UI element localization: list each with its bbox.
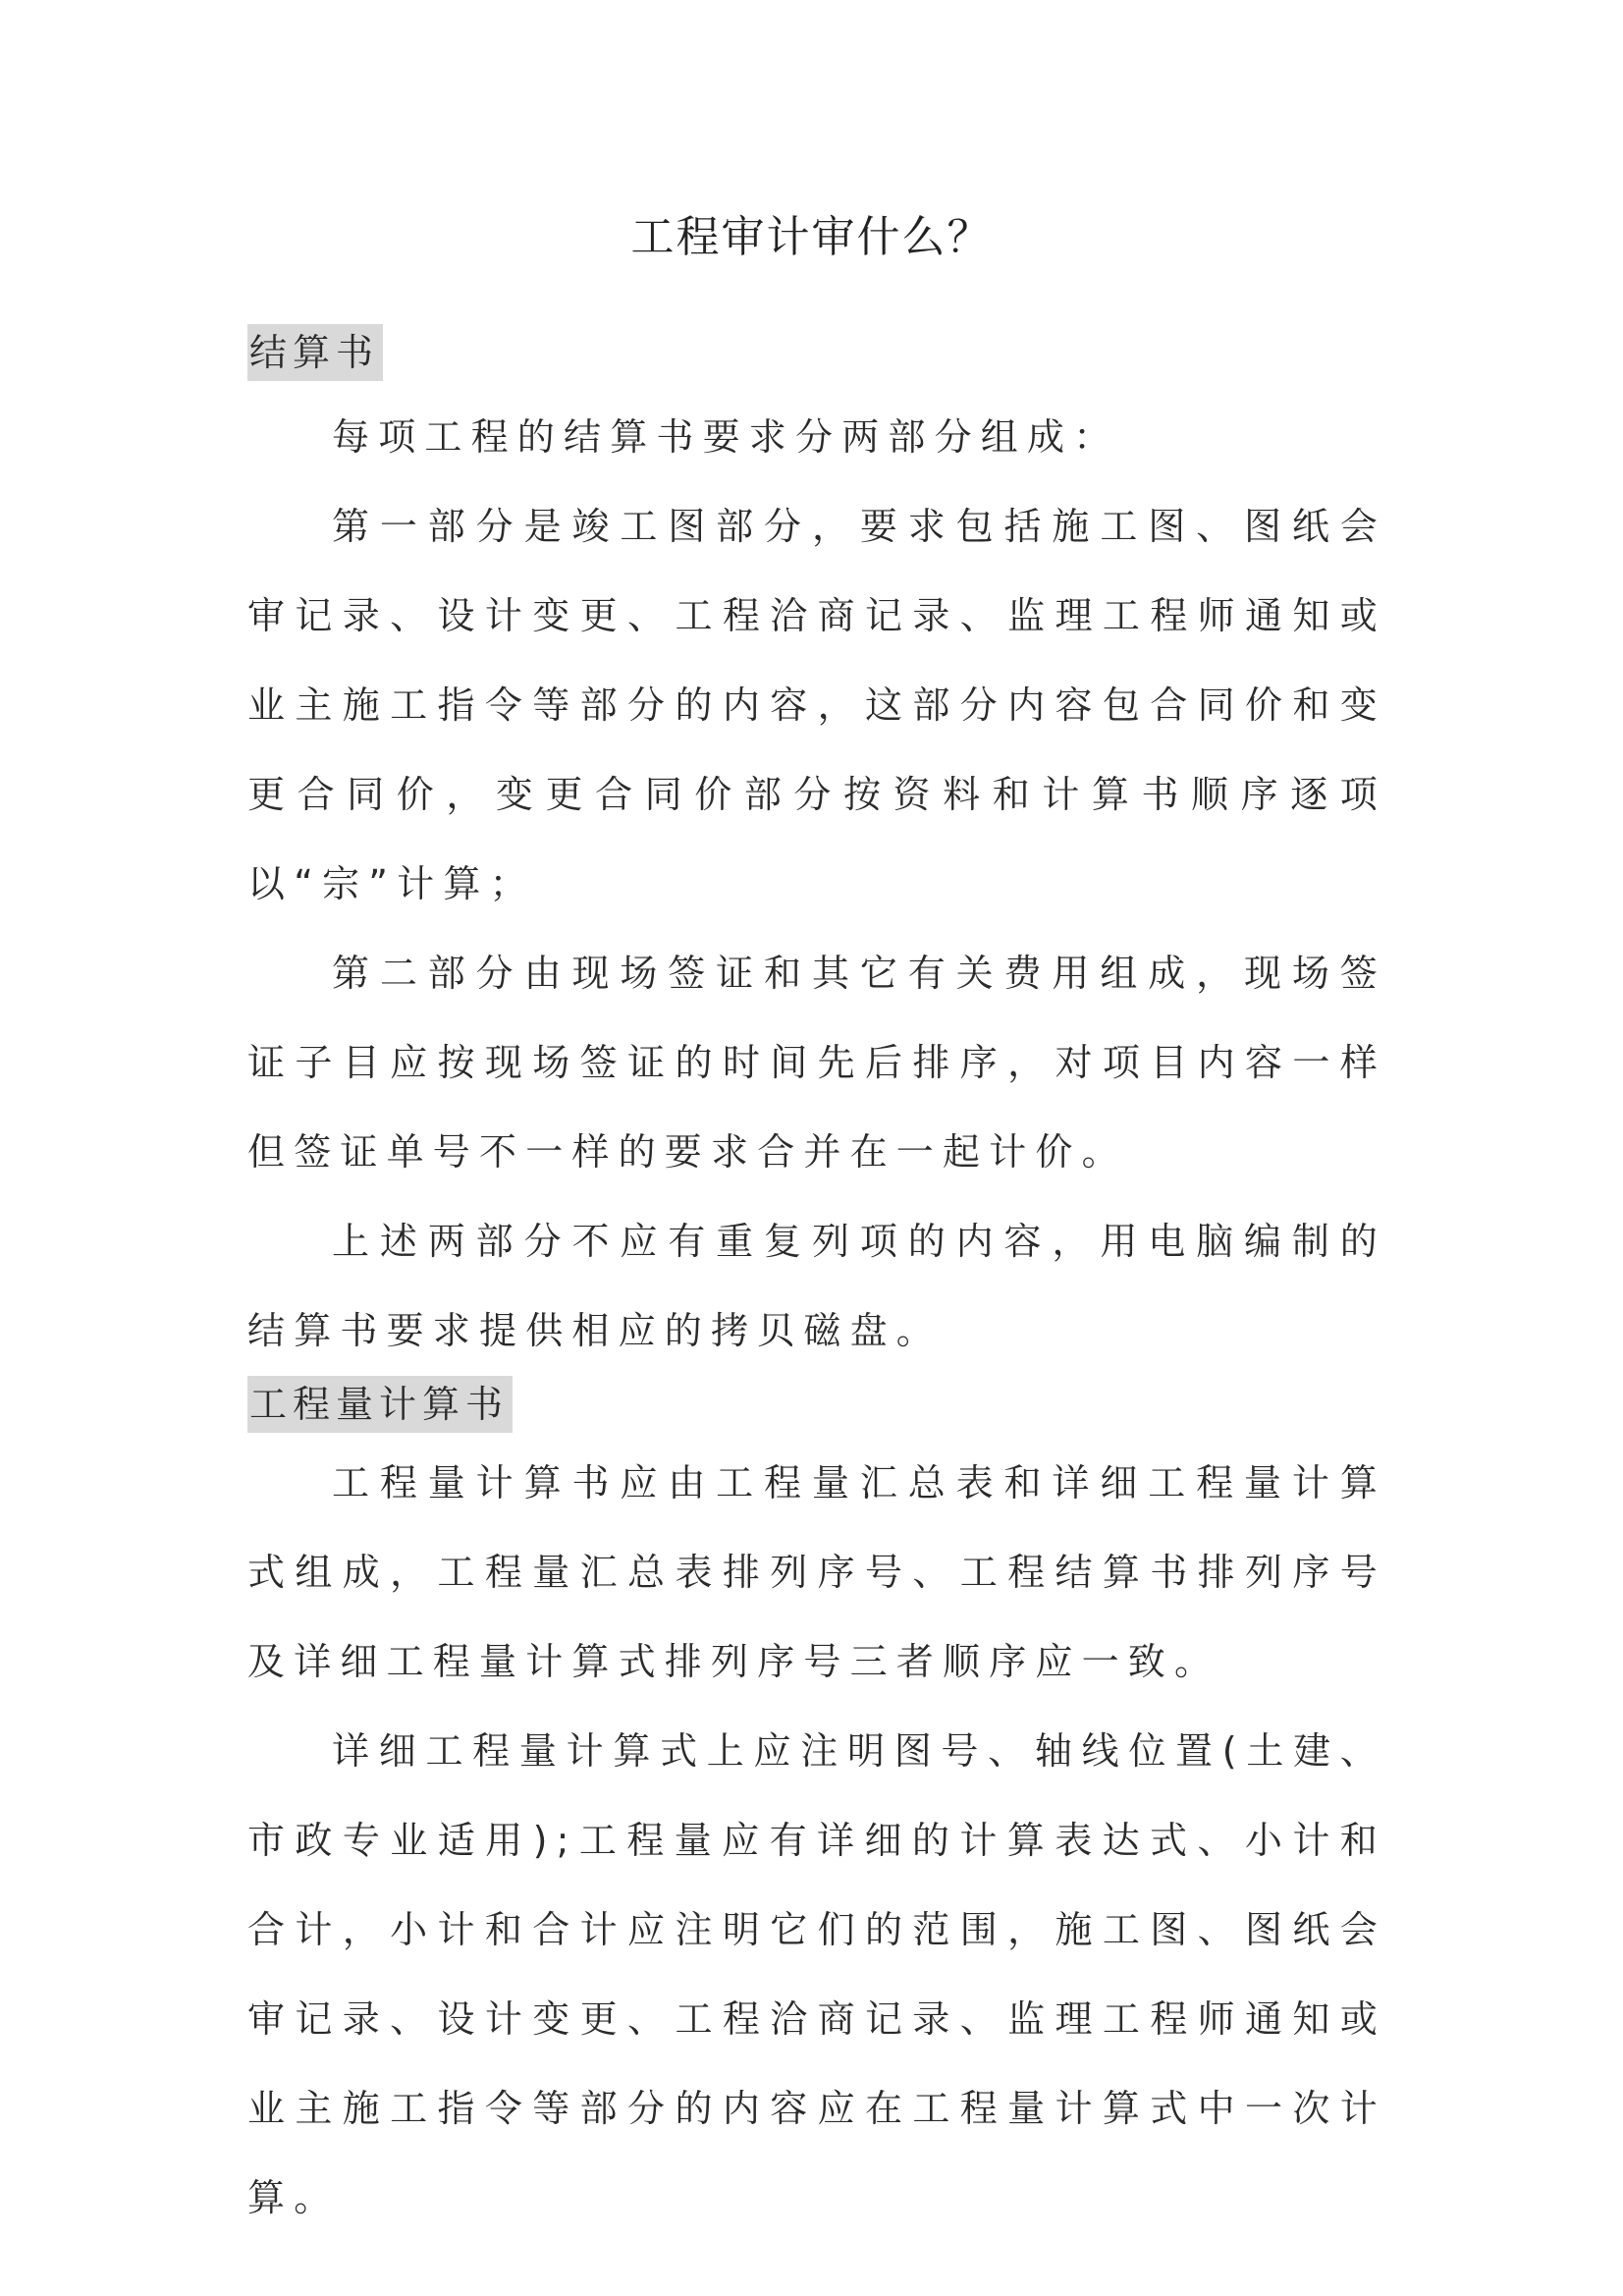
section-heading: 结算书 [247,324,383,381]
document-body: 结算书 每项工程的结算书要求分两部分组成： 第一部分是竣工图部分，要求包括施工图… [247,324,1386,2243]
section-settlement: 结算书 每项工程的结算书要求分两部分组成： 第一部分是竣工图部分，要求包括施工图… [247,324,1386,1376]
paragraph: 第二部分由现场签证和其它有关费用组成，现场签证子目应按现场签证的时间先后排序，对… [247,929,1386,1197]
section-body: 每项工程的结算书要求分两部分组成： 第一部分是竣工图部分，要求包括施工图、图纸会… [247,393,1386,1376]
paragraph: 上述两部分不应有重复列项的内容，用电脑编制的结算书要求提供相应的拷贝磁盘。 [247,1197,1386,1376]
section-body: 工程量计算书应由工程量汇总表和详细工程量计算式组成，工程量汇总表排列序号、工程结… [247,1439,1386,2243]
paragraph: 工程量计算书应由工程量汇总表和详细工程量计算式组成，工程量汇总表排列序号、工程结… [247,1439,1386,1707]
document-page: 工程审计审什么？ 结算书 每项工程的结算书要求分两部分组成： 第一部分是竣工图部… [0,0,1623,2296]
section-heading: 工程量计算书 [247,1376,513,1433]
paragraph: 第一部分是竣工图部分，要求包括施工图、图纸会审记录、设计变更、工程洽商记录、监理… [247,482,1386,929]
section-quantity-calculation: 工程量计算书 工程量计算书应由工程量汇总表和详细工程量计算式组成，工程量汇总表排… [247,1376,1386,2243]
document-title: 工程审计审什么？ [0,208,1623,267]
paragraph: 每项工程的结算书要求分两部分组成： [247,393,1386,482]
paragraph: 详细工程量计算式上应注明图号、轴线位置(土建、市政专业适用);工程量应有详细的计… [247,1707,1386,2243]
